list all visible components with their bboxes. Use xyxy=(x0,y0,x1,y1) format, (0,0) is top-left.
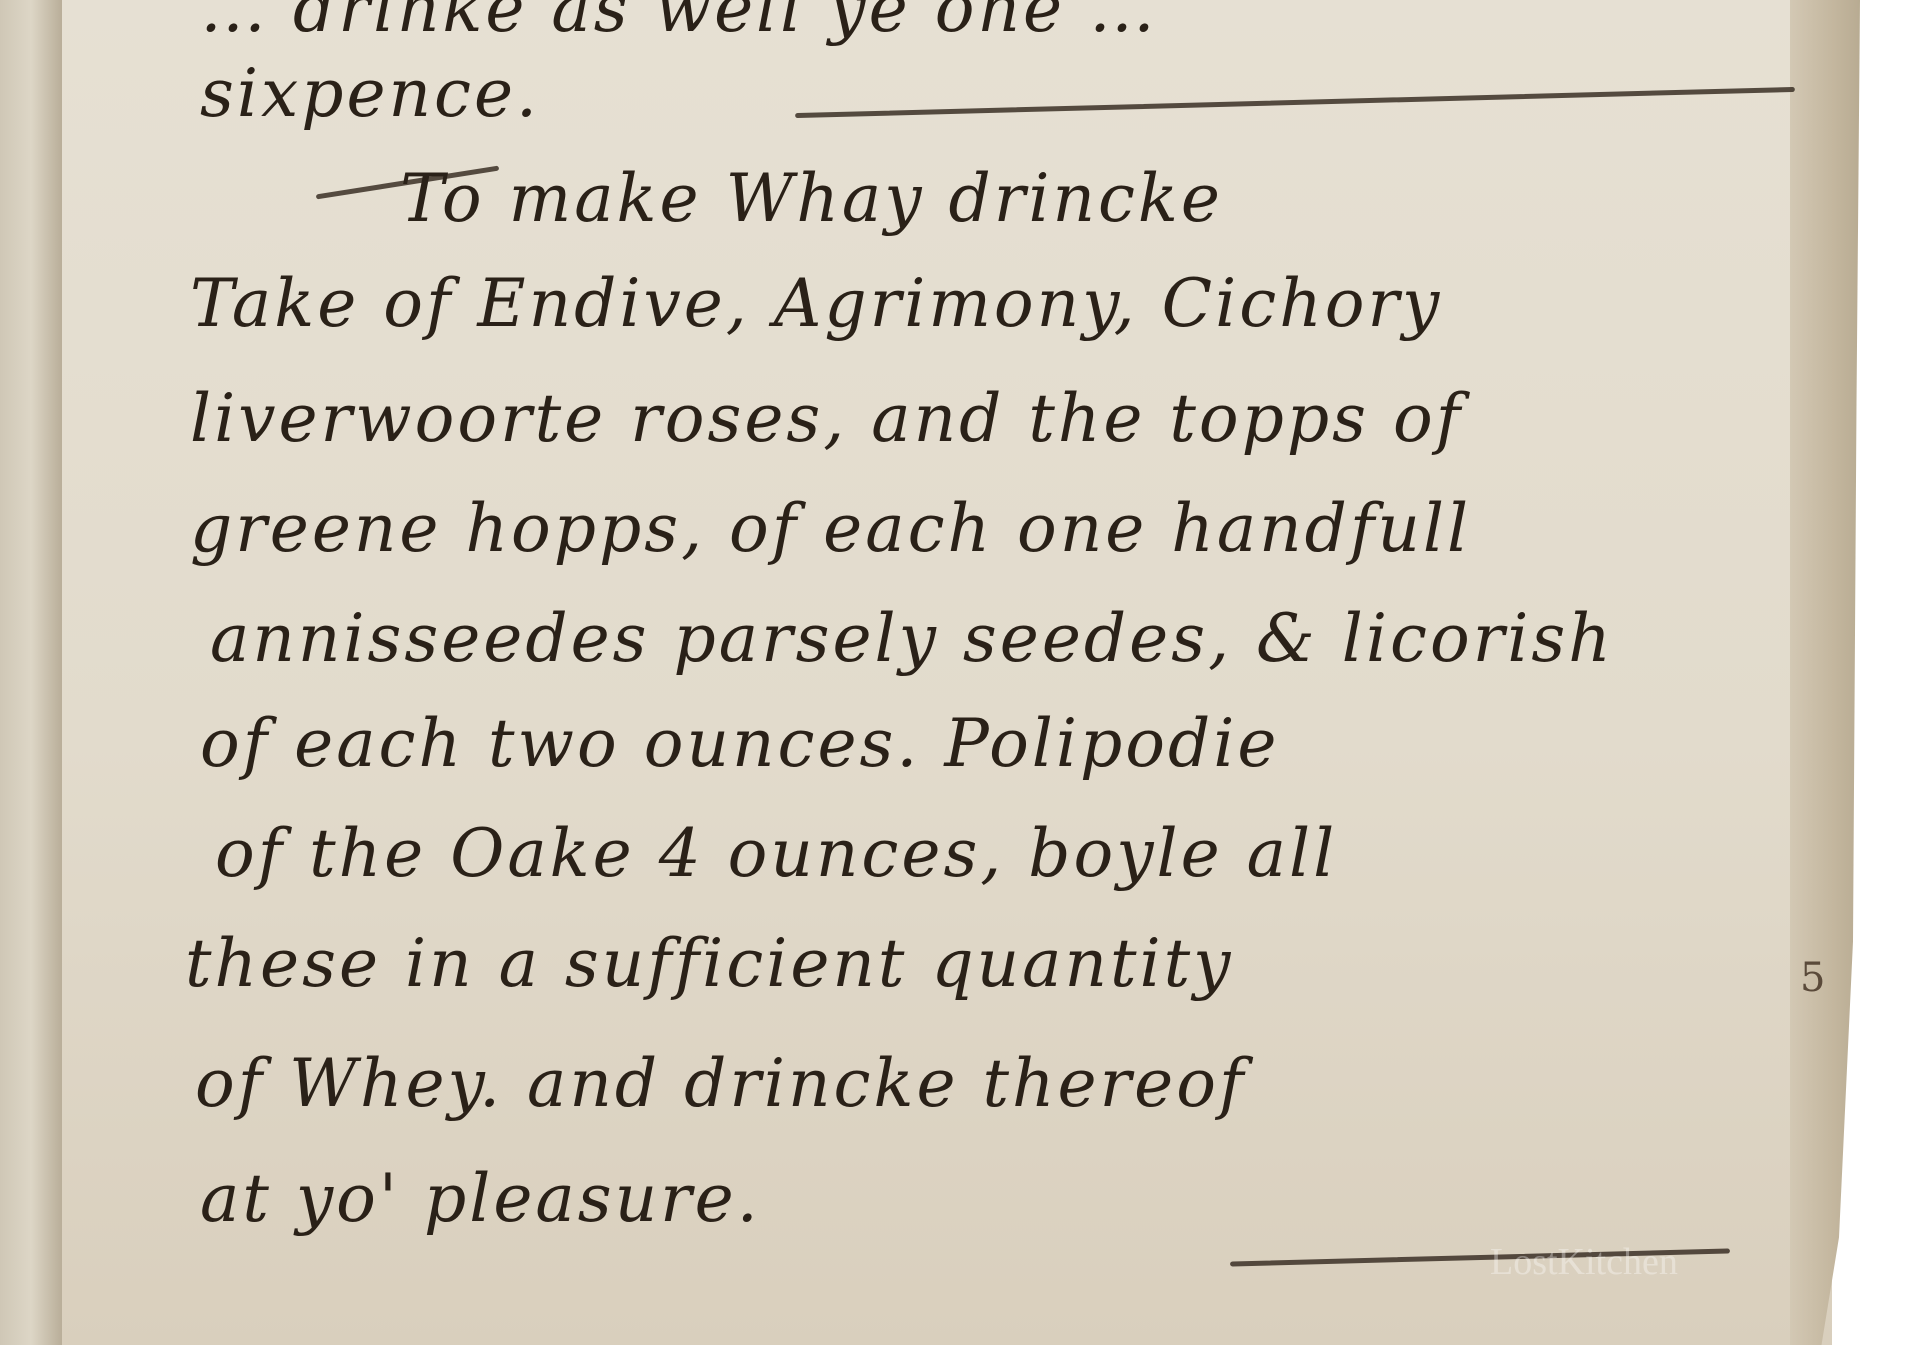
left-page-gutter xyxy=(0,0,65,1345)
text-line-3: Take of Endive, Agrimony, Cichory xyxy=(190,265,1442,342)
page-edge xyxy=(1790,0,1860,1345)
text-line-1: sixpence. xyxy=(200,55,540,132)
text-line-8: of the Oake 4 ounces, boyle all xyxy=(215,815,1337,892)
watermark: LostKitchen xyxy=(1490,1240,1678,1284)
text-line-7: of each two ounces. Polipodie xyxy=(200,705,1279,782)
text-line-5: greene hopps, of each one handfull xyxy=(190,490,1471,567)
text-line-11: at yo' pleasure. xyxy=(200,1160,761,1237)
text-line-9: these in a sufficient quantity xyxy=(185,925,1233,1002)
recipe-title: To make Whay drincke xyxy=(400,160,1223,237)
page-marker: 5 xyxy=(1800,955,1825,1001)
text-line-0: … drinke as well ye one … xyxy=(200,0,1158,47)
text-line-4: liverwoorte roses, and the topps of xyxy=(190,380,1463,457)
text-line-6: annisseedes parsely seedes, & licorish xyxy=(210,600,1614,677)
text-line-10: of Whey. and drincke thereof xyxy=(195,1045,1246,1122)
